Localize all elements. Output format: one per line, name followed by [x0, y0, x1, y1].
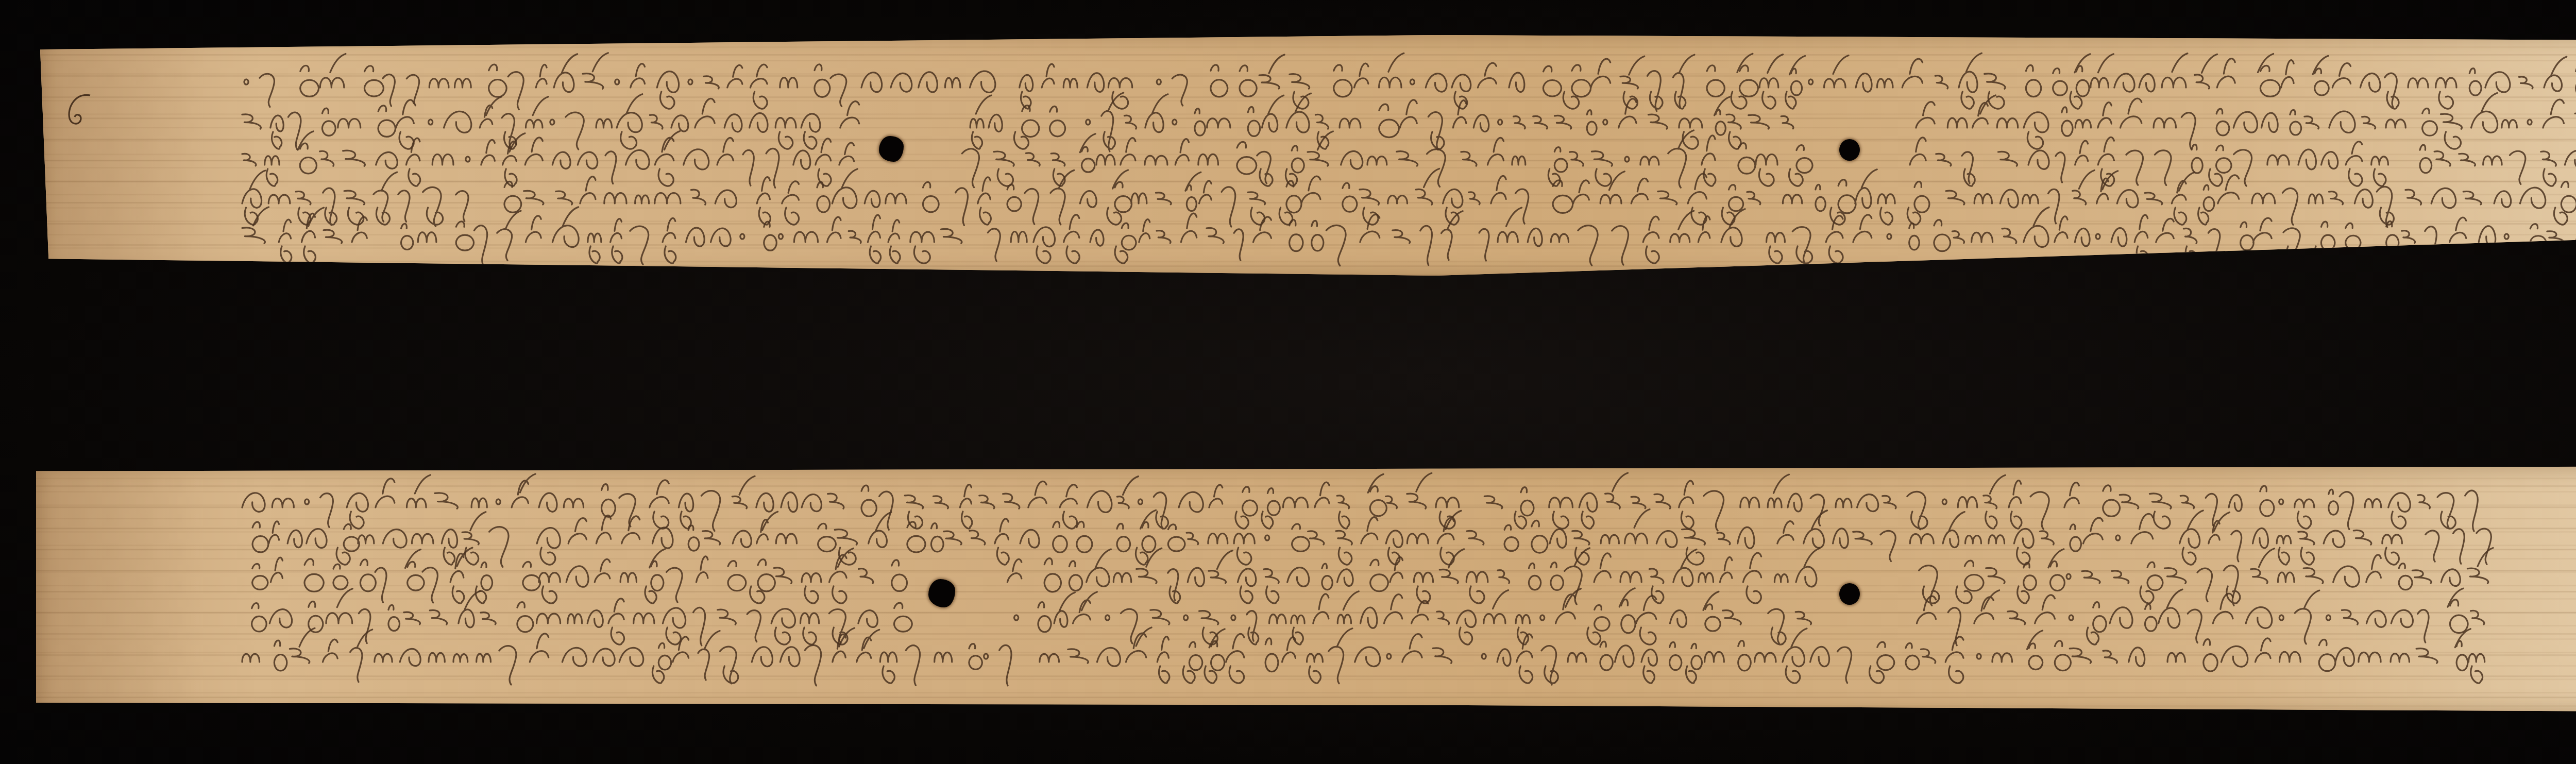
palm-leaf-top	[40, 35, 2576, 276]
manuscript-text-line	[242, 627, 2485, 686]
manuscript-text-line	[242, 130, 2576, 188]
manuscript-text-line	[252, 588, 2484, 646]
string-hole	[928, 579, 955, 607]
handwritten-text-block	[36, 466, 2576, 712]
manuscript-text-line	[242, 93, 2576, 151]
string-hole	[879, 136, 904, 162]
handwritten-text-block	[40, 35, 2576, 276]
manuscript-text-line	[252, 509, 2491, 567]
manuscript-text-line	[242, 168, 2576, 227]
string-hole	[1839, 139, 1860, 161]
folio-margin-mark-icon	[69, 95, 90, 124]
string-hole	[1839, 583, 1860, 605]
palm-leaf-bottom	[36, 466, 2576, 712]
manuscript-text-line	[252, 548, 2493, 605]
